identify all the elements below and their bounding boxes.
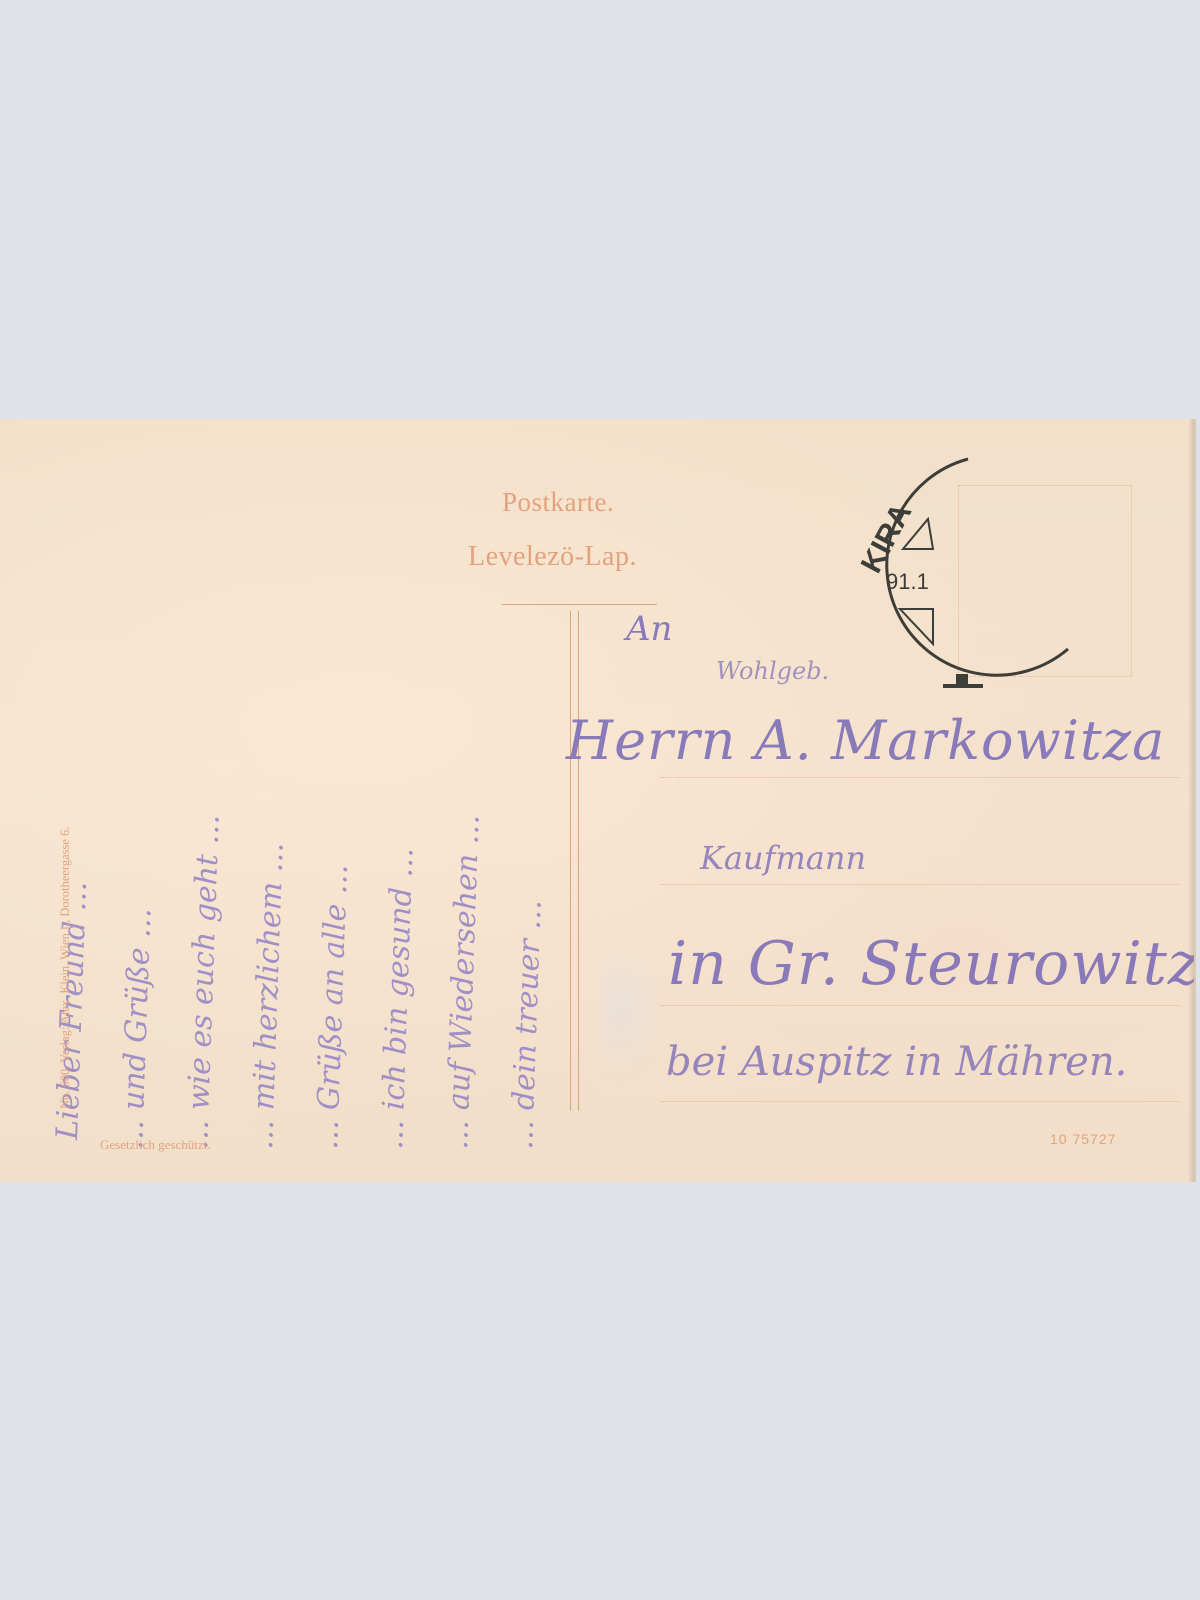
address-region: bei Auspitz in Mähren. (666, 1039, 1127, 1085)
address-town: in Gr. Steurowitz (668, 929, 1194, 999)
message-line: … mit herzlichem … (245, 842, 291, 1150)
message-line: … auf Wiedersehen … (440, 814, 487, 1150)
address-profession: Kaufmann (700, 839, 866, 877)
postcard-back: Lieber Freund … … und Grüße … … wie es e… (0, 419, 1194, 1182)
address-line (660, 1005, 1180, 1006)
message-line: … dein treuer … (505, 899, 549, 1150)
address-line (660, 884, 1180, 885)
copyright-notice: Gesetzlich geschützt. (100, 1137, 210, 1153)
divider-line (578, 611, 579, 1111)
address-greeting: An (626, 609, 672, 649)
paper-stain (600, 934, 670, 1084)
handwritten-message: Lieber Freund … … und Grüße … … wie es e… (20, 449, 540, 1149)
message-line: … wie es euch geht … (180, 814, 227, 1150)
title-rule (502, 604, 657, 605)
serial-number: 10 75727 (1050, 1131, 1116, 1147)
divider-line (570, 611, 571, 1111)
message-line: … ich bin gesund … (375, 847, 421, 1150)
address-line (660, 777, 1180, 778)
address-recipient: Herrn A. Markowitza (566, 709, 1165, 772)
publisher-imprint: No. 500. Verlag: Alex. Klein, Wien I., D… (58, 827, 73, 1109)
postmark-place: KIRA (855, 498, 919, 578)
address-line (660, 1101, 1180, 1102)
card-title-hungarian: Levelezö-Lap. (468, 541, 637, 573)
postmark-icon: KIRA 91.1 (838, 449, 1078, 689)
message-line: … und Grüße … (115, 907, 158, 1150)
card-title-german: Postkarte. (502, 487, 614, 518)
address-title: Wohlgeb. (716, 657, 829, 685)
postmark-date: 91.1 (886, 569, 929, 594)
message-line: … Grüße an alle … (310, 864, 355, 1151)
